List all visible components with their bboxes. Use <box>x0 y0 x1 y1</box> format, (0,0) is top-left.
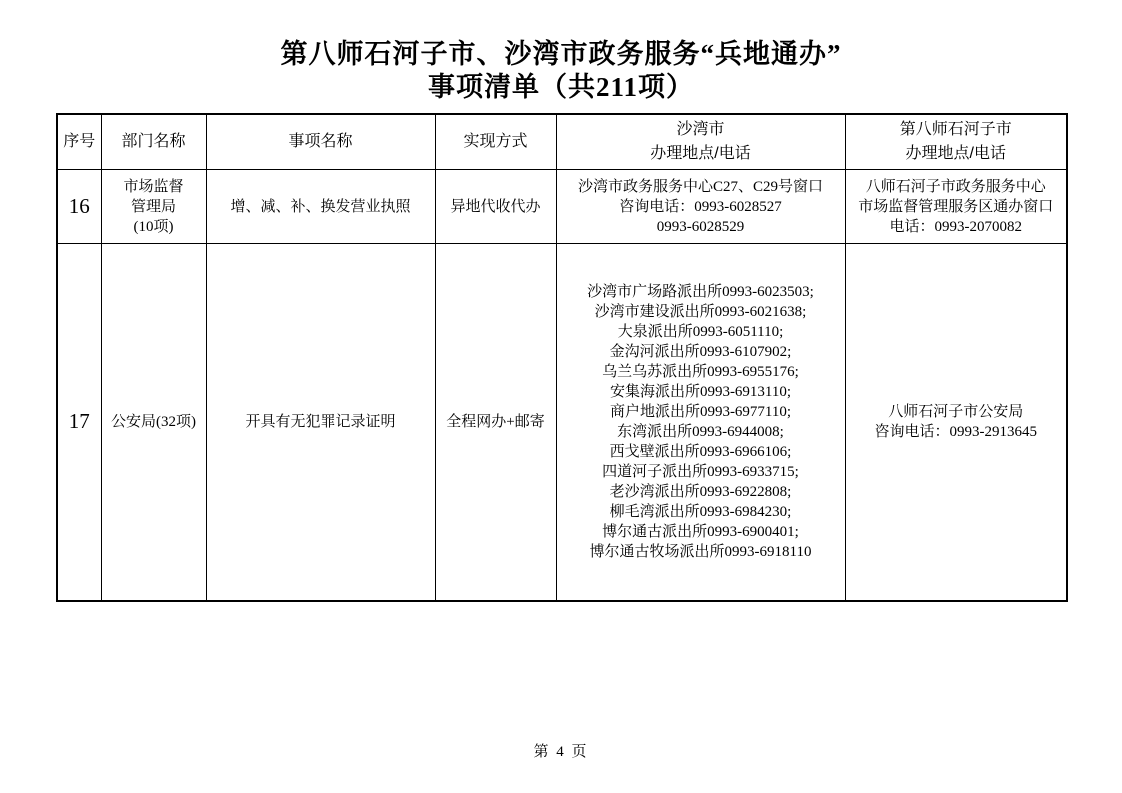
cell-shihezi-contact: 八师石河子市公安局 咨询电话：0993-2913645 <box>845 244 1067 601</box>
cell-item: 增、减、补、换发营业执照 <box>206 170 435 244</box>
page-number: 第 4 页 <box>0 740 1122 761</box>
cell-shawan-contact: 沙湾市广场路派出所0993-6023503; 沙湾市建设派出所0993-6021… <box>556 244 845 601</box>
cell-method: 全程网办+邮寄 <box>435 244 556 601</box>
column-header-shihezi-contact: 第八师石河子市 办理地点/电话 <box>845 114 1067 170</box>
title-line-2: 事项清单（共211项） <box>0 71 1122 104</box>
column-header-method: 实现方式 <box>435 114 556 170</box>
cell-seq: 16 <box>57 170 101 244</box>
document-page: 第八师石河子市、沙湾市政务服务“兵地通办” 事项清单（共211项） 序号 部门名… <box>0 0 1122 793</box>
cell-department: 市场监督 管理局 (10项) <box>101 170 206 244</box>
title-line-1: 第八师石河子市、沙湾市政务服务“兵地通办” <box>0 38 1122 71</box>
table-header-row: 序号 部门名称 事项名称 实现方式 沙湾市 办理地点/电话 第八师石河子市 办理… <box>57 114 1067 170</box>
cell-method: 异地代收代办 <box>435 170 556 244</box>
services-table: 序号 部门名称 事项名称 实现方式 沙湾市 办理地点/电话 第八师石河子市 办理… <box>56 113 1068 602</box>
cell-shihezi-contact: 八师石河子市政务服务中心 市场监督管理服务区通办窗口 电话：0993-20700… <box>845 170 1067 244</box>
table-row-16: 16 市场监督 管理局 (10项) 增、减、补、换发营业执照 异地代收代办 沙湾… <box>57 170 1067 244</box>
cell-department: 公安局(32项) <box>101 244 206 601</box>
column-header-department: 部门名称 <box>101 114 206 170</box>
cell-item: 开具有无犯罪记录证明 <box>206 244 435 601</box>
column-header-item: 事项名称 <box>206 114 435 170</box>
cell-shawan-contact: 沙湾市政务服务中心C27、C29号窗口 咨询电话：0993-6028527 09… <box>556 170 845 244</box>
column-header-seq: 序号 <box>57 114 101 170</box>
document-title: 第八师石河子市、沙湾市政务服务“兵地通办” 事项清单（共211项） <box>0 38 1122 104</box>
cell-seq: 17 <box>57 244 101 601</box>
column-header-shawan-contact: 沙湾市 办理地点/电话 <box>556 114 845 170</box>
table-row-17: 17 公安局(32项) 开具有无犯罪记录证明 全程网办+邮寄 沙湾市广场路派出所… <box>57 244 1067 601</box>
